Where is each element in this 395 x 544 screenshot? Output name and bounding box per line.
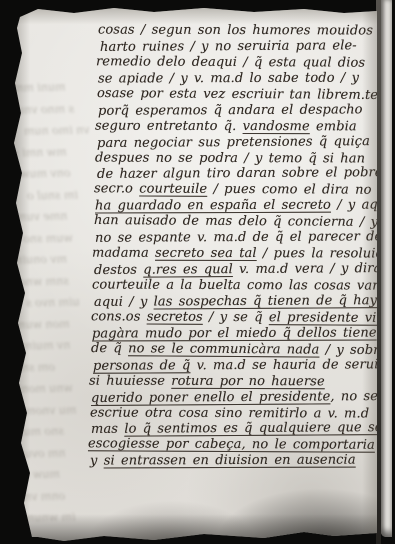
verso-showthrough: muni mnvs mno vnuvn imo nummw nmi sonv m… [4, 3, 99, 541]
phrase: osase por esta vez escriuir tan librem.t… [97, 86, 378, 103]
underlined-phrase: courteuile [139, 182, 207, 197]
manuscript-line: destos q.res es qual v. ma.d vera / y di… [94, 261, 386, 279]
phrase: de hazer algun tiro daran sobre el pobre [97, 166, 383, 183]
verso-showthrough-line: nv muim [22, 338, 71, 352]
manuscript-line: cons.os secretos / y se q̃ el presidente… [91, 309, 383, 326]
phrase: madama [92, 246, 155, 261]
manuscript-line: osase por esta vez escriuir tan librem.t… [97, 86, 389, 104]
phrase: courteuile a la buelta como las cosas va… [92, 277, 381, 293]
verso-showthrough-line: mw nmi s [13, 145, 67, 159]
phrase: porq̃ esperamos q̃ andara el despacho [98, 102, 363, 118]
phrase: si huuiesse [89, 373, 171, 388]
manuscript-line: para negociar sus pretensiones q̃ quiça [97, 134, 389, 152]
manuscript-line: cosas / segun son los humores mouidos [98, 22, 390, 39]
manuscript-line: si huuiesse rotura por no hauerse [89, 373, 381, 390]
manuscript-line: porq̃ esperamos q̃ andara el despacho [98, 102, 390, 119]
verso-showthrough-line: im snul o [27, 188, 78, 202]
manuscript-line: secr.o courteuile / pues como el dira no… [94, 182, 386, 199]
phrase: han auisado de mas delo q̃ concierna / y [94, 213, 378, 230]
phrase: secr.o [94, 182, 139, 197]
phrase: remedio delo deaqui / q̃ esta qual dios [96, 54, 365, 70]
underlined-phrase: personas de q̃ [93, 358, 191, 374]
phrase: y [90, 454, 104, 469]
phrase: escriue otra cosa sino remitirlo a v. m.… [90, 405, 369, 421]
underlined-phrase: lo q̃ sentimos es q̃ qualquiere que se [124, 421, 382, 438]
verso-showthrough-line: onv muw [20, 166, 71, 180]
phrase: v. ma.d se hauria de seruir [190, 357, 384, 373]
manuscript-line: personas de q̃ v. ma.d se hauria de seru… [93, 357, 385, 374]
phrase: cons.os [91, 309, 147, 324]
phrase: v. ma.d vera / y dira [233, 261, 382, 277]
manuscript-line: pagàra mudo por el miedo q̃ dellos tiene [92, 325, 384, 342]
phrase: destos [94, 263, 143, 278]
phrase: mas [91, 422, 124, 437]
underlined-phrase: q.res es qual [143, 262, 233, 278]
underlined-phrase: el presidente viglius [269, 310, 395, 326]
verso-showthrough-line: nm ovui [21, 446, 66, 460]
verso-showthrough-line: snm wno [19, 274, 69, 288]
manuscript-line: y si entrassen en diuision en ausencia [90, 453, 382, 470]
phrase: / y se q̃ [203, 310, 269, 325]
phrase: no se espante v. ma.d de q̃ el parecer d… [95, 229, 382, 246]
phrase: harto ruines / y no seruiria para ele- [100, 38, 357, 55]
verso-showthrough-line: mon wum [15, 317, 70, 331]
underlined-phrase: ha guardado en españa el secreto [95, 198, 331, 214]
verso-showthrough-line: im wnum [24, 510, 76, 524]
manuscript-line: remedio delo deaqui / q̃ esta qual dios [96, 54, 388, 71]
phrase: embia [310, 119, 357, 134]
manuscript-line: seguro entretanto q̃. vandosme embia [95, 118, 387, 135]
phrase: / pues como el dira no se [207, 182, 392, 198]
verso-showthrough-line: wum sno [23, 231, 73, 245]
underlined-phrase: escogiesse por cabeça, no le comportaria [88, 437, 375, 454]
verso-showthrough-line: vn imo num [24, 123, 90, 137]
verso-showthrough-line: onm vnu [17, 489, 65, 503]
manuscript-line: escogiesse por cabeça, no le comportaria… [88, 437, 380, 454]
verso-showthrough-line: muw sno [10, 467, 60, 481]
manuscript-line: no se espante v. ma.d de q̃ el parecer d… [95, 229, 387, 246]
phrase: , no se [330, 389, 378, 404]
verso-showthrough-line: mv onuim [12, 252, 67, 266]
manuscript-line: aqui / y las sospechas q̃ tienen de q̃ h… [94, 293, 386, 311]
manuscript-page: muni mnvs mno vnuvn imo nummw nmi sonv m… [4, 3, 377, 541]
verso-showthrough-line: uim nvo s [26, 295, 80, 309]
manuscript-line: se apiade / y v. ma.d lo sabe todo / y [98, 70, 390, 87]
phrase: de q̃ [91, 341, 128, 356]
underlined-phrase: si entrassen en diuision en ausencia [104, 453, 356, 469]
manuscript-line: ha guardado en españa el secreto / y aqu… [95, 198, 387, 215]
verso-showthrough-line: nme vum [16, 209, 68, 223]
phrase: seguro entretanto q̃. [95, 118, 243, 133]
underlined-phrase: secretos [147, 309, 203, 324]
phrase: despues no se podra / y temo q̃ si han [95, 150, 365, 166]
underlined-phrase: pagàra mudo por el miedo q̃ dellos tiene [92, 325, 377, 341]
underlined-phrase: querido poner enello el presidente [91, 389, 330, 406]
phrase: para negociar sus pretensiones q̃ quiça [97, 134, 370, 151]
phrase: cosas / segun son los humores mouidos [98, 22, 373, 38]
verso-showthrough-line: wnu moni [18, 381, 73, 395]
underlined-phrase: no se le communicàra nada [128, 341, 319, 357]
verso-showthrough-line: om snul [11, 360, 55, 374]
phrase: se apiade / y v. ma.d lo sabe todo / y [98, 70, 359, 86]
underlined-phrase: rotura por no hauerse [171, 373, 324, 388]
verso-showthrough-line: sno muw [14, 424, 64, 438]
manuscript-line: de q̃ no se le communicàra nada / y sobr… [91, 341, 383, 359]
underlined-phrase: las sospechas q̃ tienen de q̃ haya [154, 293, 385, 309]
scan-background: muni mnvs mno vnuvn imo nummw nmi sonv m… [0, 0, 395, 544]
underlined-phrase: vandosme [243, 119, 310, 134]
manuscript-line: courteuile a la buelta como las cosas va… [92, 277, 384, 294]
manuscript-line: harto ruines / y no seruiria para ele- [100, 38, 392, 56]
verso-showthrough-line: mu vnom [25, 403, 77, 417]
manuscript-text: cosas / segun son los humores mouidoshar… [88, 23, 380, 469]
underlined-phrase: secreto sea tal [155, 246, 257, 261]
manuscript-line: madama secreto sea tal / pues la resolui… [92, 246, 384, 263]
phrase: aqui / y [94, 294, 154, 309]
phrase: / pues la resoluion [257, 246, 392, 261]
adjacent-page-edge [381, 0, 392, 537]
verso-showthrough-line: muni mnv [10, 80, 66, 94]
verso-showthrough-line: s mno vnu [17, 102, 74, 116]
manuscript-line: querido poner enello el presidente, no s… [91, 389, 383, 407]
